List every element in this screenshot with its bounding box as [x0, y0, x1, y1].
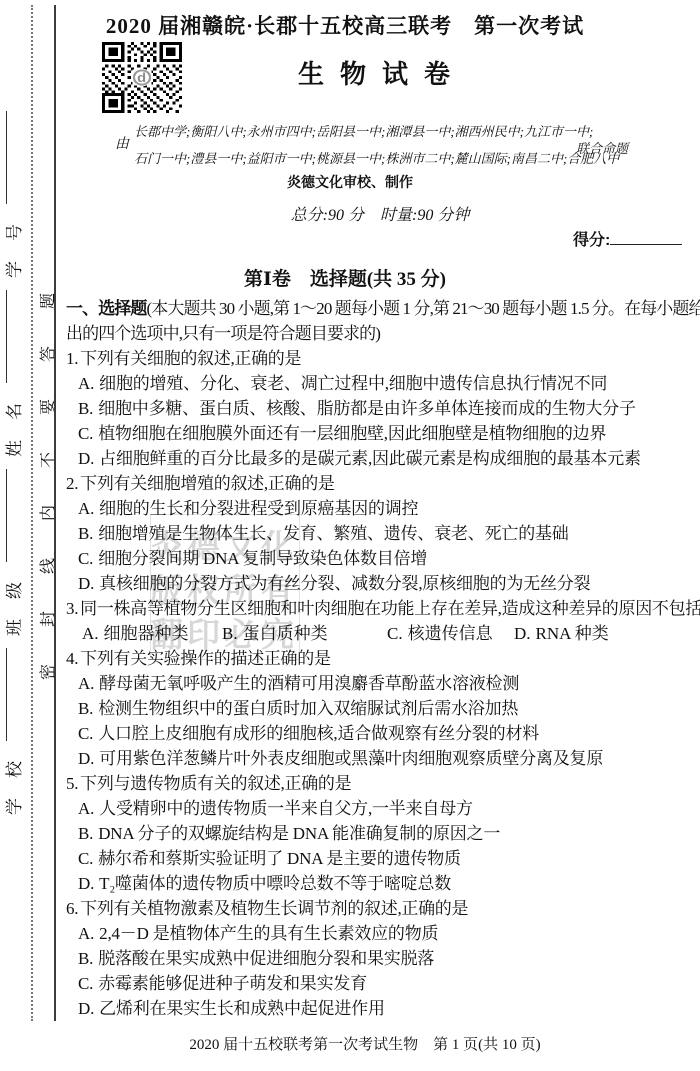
option-cell: D.RNA 种类: [514, 621, 609, 646]
option-cell: A.细胞器种类: [82, 621, 189, 646]
schools-list: 长郡中学;衡阳八中;永州市四中;岳阳县一中;湘潭县一中;湘西州民中;九江市一中;…: [134, 118, 576, 172]
option-label: C.: [78, 849, 93, 868]
score-summary: 总分:90 分 时量:90 分钟: [0, 202, 700, 225]
option-label: B.: [78, 399, 93, 418]
option-line: B.DNA 分子的双螺旋结构是 DNA 能准确复制的原因之一: [62, 821, 698, 846]
options-row: A.细胞器种类B.蛋白质种类C.核遗传信息D.RNA 种类: [62, 621, 698, 646]
option-label: A.: [78, 674, 94, 693]
option-line: D.T₂噬菌体的遗传物质中嘌呤总数不等于嘧啶总数: [62, 871, 698, 896]
option-label: D.: [78, 749, 94, 768]
option-text: 细胞增殖是生物体生长、发育、繁殖、遗传、衰老、死亡的基础: [98, 524, 568, 543]
option-cell: B.蛋白质种类: [222, 621, 328, 646]
seal-line-notice: 密封线内不要答题: [37, 248, 61, 680]
question-content: 一、选择题(本大题共 30 小题,第 1～20 题每小题 1 分,第 21～30…: [62, 296, 698, 1021]
option-line: D.可用紫色洋葱鳞片叶外表皮细胞或黑藻叶肉细胞观察质壁分离及复原: [62, 746, 698, 771]
question-stem: 下列有关细胞的叙述,正确的是: [80, 349, 301, 368]
option-text: 核遗传信息: [408, 624, 493, 643]
option-text: 人口腔上皮细胞有成形的细胞核,适合做观察有丝分裂的材料: [98, 724, 539, 743]
question-number: 1.: [66, 349, 78, 368]
question-stem-line: 5.下列与遗传物质有关的叙述,正确的是: [62, 771, 698, 796]
option-text: 人受精卵中的遗传物质一半来自父方,一半来自母方: [99, 799, 473, 818]
option-text: 蛋白质种类: [243, 624, 328, 643]
option-line: B.脱落酸在果实成熟中促进细胞分裂和果实脱落: [62, 946, 698, 971]
option-line: A.细胞的生长和分裂进程受到原癌基因的调控: [62, 496, 698, 521]
option-text: 乙烯利在果实生长和成熟中起促进作用: [99, 999, 385, 1018]
option-text: 脱落酸在果实成熟中促进细胞分裂和果实脱落: [98, 949, 434, 968]
option-line: C.人口腔上皮细胞有成形的细胞核,适合做观察有丝分裂的材料: [62, 721, 698, 746]
option-label: D.: [514, 624, 531, 643]
option-text: RNA 种类: [536, 624, 609, 643]
question-stem: 同一株高等植物分生区细胞和叶肉细胞在功能上存在差异,造成这种差异的原因不包括: [80, 599, 700, 618]
score-blank: [610, 230, 682, 245]
option-text: 赤霉素能够促进种子萌发和果实发育: [98, 974, 367, 993]
option-line: D.占细胞鲜重的百分比最多的是碳元素,因此碳元素是构成细胞的最基本元素: [62, 446, 698, 471]
option-line: D.真核细胞的分裂方式为有丝分裂、减数分裂,原核细胞的为无丝分裂: [62, 571, 698, 596]
option-label: A.: [82, 624, 99, 643]
option-label: D.: [78, 874, 94, 893]
subject-title: 生物试卷: [0, 54, 700, 91]
schools-line-2: 石门一中;澧县一中;益阳市一中;桃源县一中;株洲市二中;麓山国际;南昌二中;合肥…: [134, 145, 576, 172]
question-number: 5.: [66, 774, 78, 793]
option-text: 细胞中多糖、蛋白质、核酸、脂肪都是由许多单体连接而成的生物大分子: [98, 399, 636, 418]
question-number: 3.: [66, 599, 78, 618]
option-line: B.细胞中多糖、蛋白质、核酸、脂肪都是由许多单体连接而成的生物大分子: [62, 396, 698, 421]
option-line: C.细胞分裂间期 DNA 复制导致染色体数目倍增: [62, 546, 698, 571]
option-line: A.细胞的增殖、分化、衰老、凋亡过程中,细胞中遗传信息执行情况不同: [62, 371, 698, 396]
question-stem-line: 1.下列有关细胞的叙述,正确的是: [62, 346, 698, 371]
joint-proposition-label: 联合命题: [576, 138, 628, 157]
instructions-text: (本大题共 30 小题,第 1～20 题每小题 1 分,第 21～30 题每小题…: [147, 299, 700, 318]
option-text: 检测生物组织中的蛋白质时加入双缩脲试剂后需水浴加热: [98, 699, 518, 718]
option-text: T₂噬菌体的遗传物质中嘌呤总数不等于嘧啶总数: [99, 874, 451, 893]
instructions-prefix: 一、选择题: [66, 299, 147, 318]
option-line: D.乙烯利在果实生长和成熟中起促进作用: [62, 996, 698, 1021]
option-text: 真核细胞的分裂方式为有丝分裂、减数分裂,原核细胞的为无丝分裂: [99, 574, 590, 593]
option-label: C.: [387, 624, 403, 643]
option-cell: C.核遗传信息: [387, 621, 493, 646]
option-label: B.: [78, 824, 93, 843]
option-label: B.: [78, 699, 93, 718]
option-line: A.酵母菌无氧呼吸产生的酒精可用溴麝香草酚蓝水溶液检测: [62, 671, 698, 696]
option-label: C.: [78, 549, 93, 568]
option-label: C.: [78, 424, 93, 443]
margin-field-label: 班级: [5, 562, 24, 636]
margin-field-label: 学校: [5, 741, 24, 815]
exam-title: 2020 届湘赣皖·长郡十五校高三联考 第一次考试: [0, 10, 690, 40]
option-label: D.: [78, 449, 94, 468]
questions: 1.下列有关细胞的叙述,正确的是A.细胞的增殖、分化、衰老、凋亡过程中,细胞中遗…: [62, 346, 698, 1021]
question-number: 4.: [66, 649, 78, 668]
option-label: A.: [78, 799, 94, 818]
producer-line: 炎德文化审校、制作: [0, 172, 700, 192]
section-instructions-line-1: 一、选择题(本大题共 30 小题,第 1～20 题每小题 1 分,第 21～30…: [62, 296, 698, 321]
option-label: B.: [78, 524, 93, 543]
question-stem: 下列有关实验操作的描述正确的是: [80, 649, 331, 668]
option-label: C.: [78, 974, 93, 993]
section-instructions-line-2: 出的四个选项中,只有一项是符合题目要求的): [62, 321, 698, 346]
option-label: A.: [78, 374, 94, 393]
option-text: 细胞的增殖、分化、衰老、凋亡过程中,细胞中遗传信息执行情况不同: [99, 374, 607, 393]
option-line: A.人受精卵中的遗传物质一半来自父方,一半来自母方: [62, 796, 698, 821]
question-stem-line: 3.同一株高等植物分生区细胞和叶肉细胞在功能上存在差异,造成这种差异的原因不包括: [62, 596, 698, 621]
margin-field-blank: [6, 648, 20, 741]
option-text: 占细胞鲜重的百分比最多的是碳元素,因此碳元素是构成细胞的最基本元素: [99, 449, 641, 468]
score-label: 得分:: [573, 232, 610, 249]
question-stem: 下列与遗传物质有关的叙述,正确的是: [80, 774, 351, 793]
option-text: 可用紫色洋葱鳞片叶外表皮细胞或黑藻叶肉细胞观察质壁分离及复原: [99, 749, 603, 768]
option-label: D.: [78, 999, 94, 1018]
question-stem: 下列有关植物激素及植物生长调节剂的叙述,正确的是: [80, 899, 468, 918]
option-label: B.: [222, 624, 238, 643]
option-text: 细胞分裂间期 DNA 复制导致染色体数目倍增: [98, 549, 427, 568]
schools-line-1: 长郡中学;衡阳八中;永州市四中;岳阳县一中;湘潭县一中;湘西州民中;九江市一中;: [134, 118, 576, 145]
option-label: B.: [78, 949, 93, 968]
page-footer: 2020 届十五校联考第一次考试生物 第 1 页(共 10 页): [0, 1033, 700, 1054]
option-label: A.: [78, 924, 94, 943]
margin-field-blank: [6, 469, 20, 562]
seal-dotted-line: [31, 5, 33, 1021]
option-text: 2,4－D 是植物体产生的具有生长素效应的物质: [99, 924, 438, 943]
option-label: A.: [78, 499, 94, 518]
option-line: B.细胞增殖是生物体生长、发育、繁殖、遗传、衰老、死亡的基础: [62, 521, 698, 546]
question-stem-line: 4.下列有关实验操作的描述正确的是: [62, 646, 698, 671]
schools-by-label: 由: [115, 133, 129, 153]
option-line: C.赤霉素能够促进种子萌发和果实发育: [62, 971, 698, 996]
question-number: 6.: [66, 899, 78, 918]
option-text: 酵母菌无氧呼吸产生的酒精可用溴麝香草酚蓝水溶液检测: [99, 674, 519, 693]
option-line: A.2,4－D 是植物体产生的具有生长素效应的物质: [62, 921, 698, 946]
option-text: 赫尔希和蔡斯实验证明了 DNA 是主要的遗传物质: [98, 849, 461, 868]
score-field: 得分:: [573, 227, 682, 250]
option-line: B.检测生物组织中的蛋白质时加入双缩脲试剂后需水浴加热: [62, 696, 698, 721]
option-label: D.: [78, 574, 94, 593]
question-stem-line: 2.下列有关细胞增殖的叙述,正确的是: [62, 471, 698, 496]
question-number: 2.: [66, 474, 78, 493]
question-stem-line: 6.下列有关植物激素及植物生长调节剂的叙述,正确的是: [62, 896, 698, 921]
option-text: 细胞的生长和分裂进程受到原癌基因的调控: [99, 499, 418, 518]
option-text: 细胞器种类: [104, 624, 189, 643]
option-line: C.植物细胞在细胞膜外面还有一层细胞壁,因此细胞壁是植物细胞的边界: [62, 421, 698, 446]
option-text: 植物细胞在细胞膜外面还有一层细胞壁,因此细胞壁是植物细胞的边界: [98, 424, 606, 443]
option-label: C.: [78, 724, 93, 743]
option-text: DNA 分子的双螺旋结构是 DNA 能准确复制的原因之一: [98, 824, 500, 843]
margin-field-label: 姓名: [5, 383, 24, 457]
exam-paper-page: 炎德文化 版权所有 翻印必究 学校班级姓名学号 密封线内不要答题 2020 届湘…: [0, 0, 700, 1071]
seal-solid-line: [54, 5, 56, 1021]
section-title: 第Ⅰ卷 选择题(共 35 分): [0, 264, 690, 291]
margin-field-blank: [6, 290, 20, 383]
question-stem: 下列有关细胞增殖的叙述,正确的是: [80, 474, 334, 493]
option-line: C.赫尔希和蔡斯实验证明了 DNA 是主要的遗传物质: [62, 846, 698, 871]
